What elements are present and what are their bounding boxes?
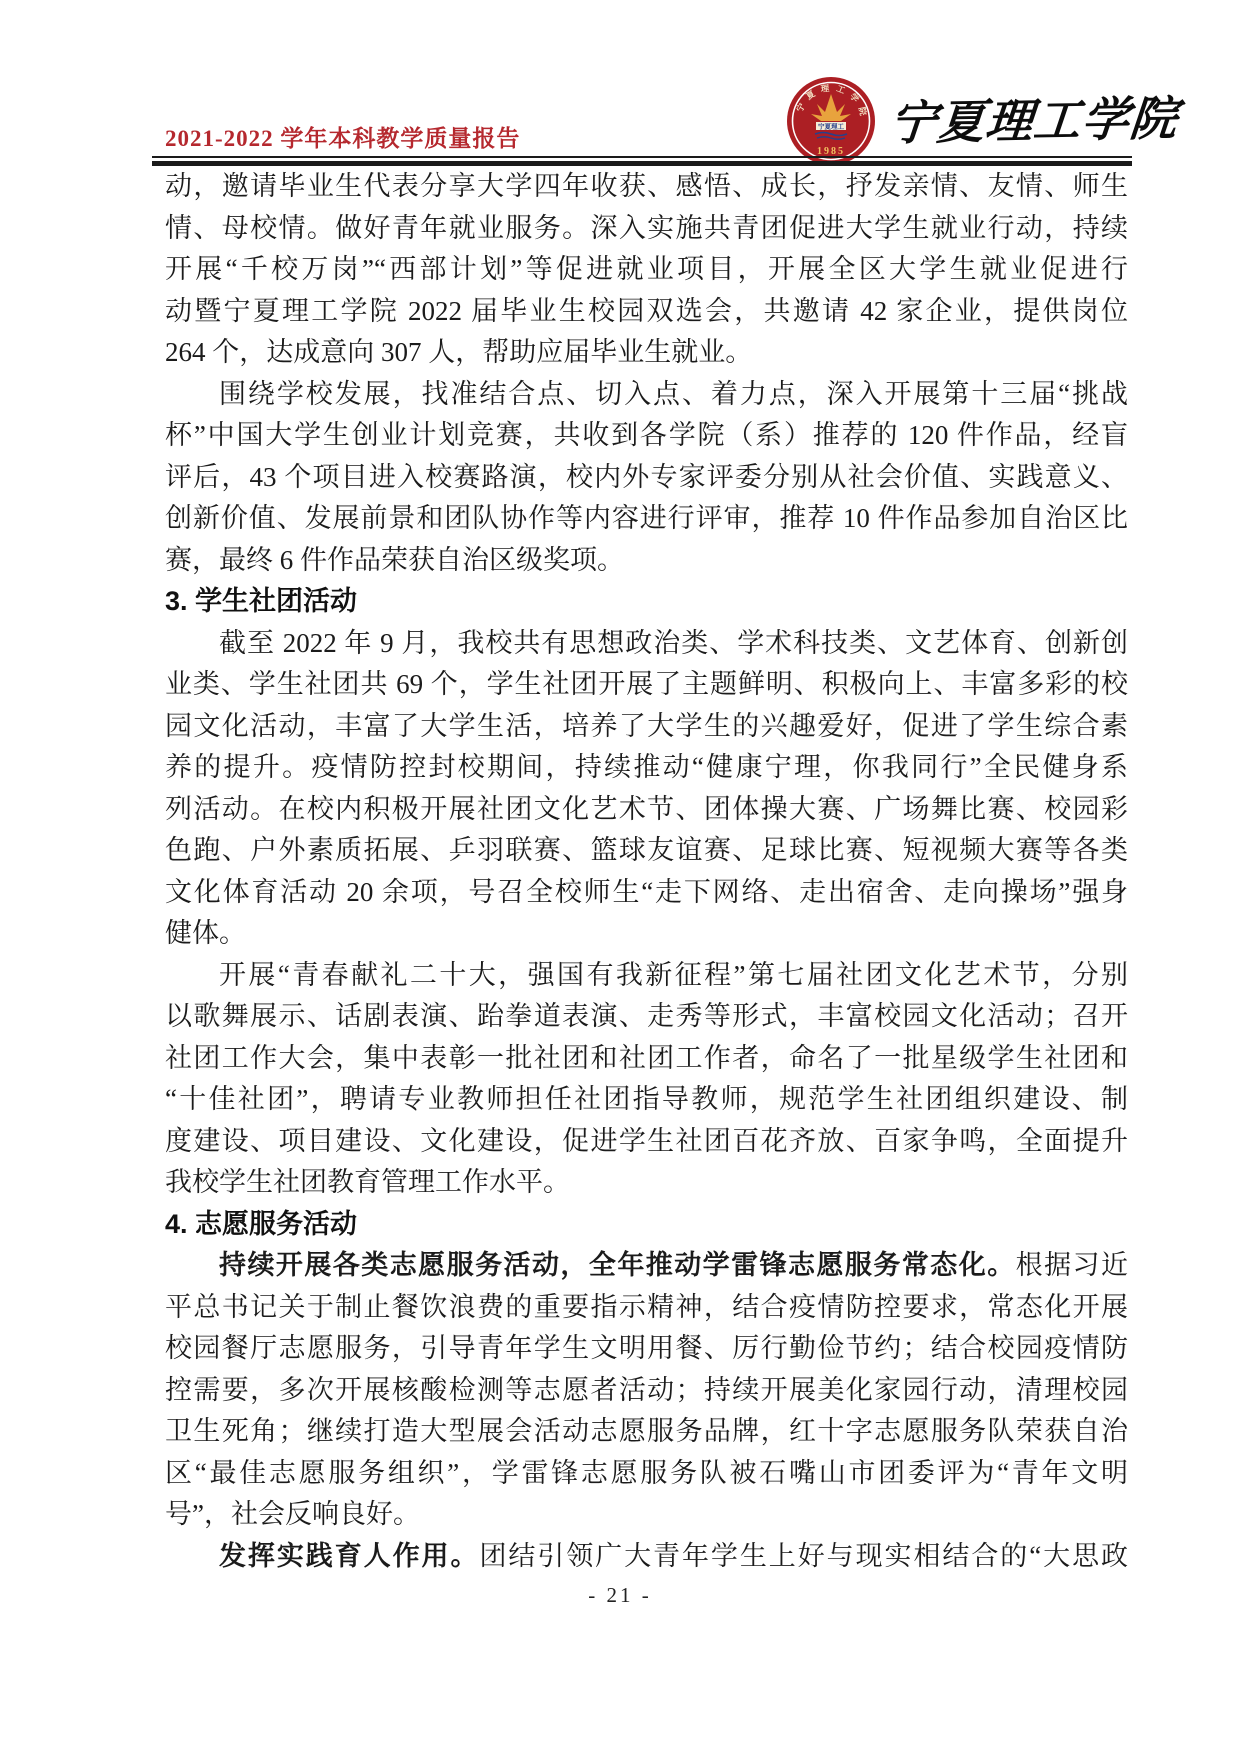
text-line: 养的提升。疫情防控封校期间，持续推动“健康宁理，你我同行”全民健身系 xyxy=(165,747,1128,789)
body-text: 动暨宁夏理工学院 2022 届毕业生校园双选会，共邀请 42 家企业，提供岗位 xyxy=(165,296,1128,326)
body-text: 业类、学生社团共 69 个，学生社团开展了主题鲜明、积极向上、丰富多彩的校 xyxy=(165,669,1128,699)
body-text: 杯”中国大学生创业计划竞赛，共收到各学院（系）推荐的 120 件作品，经盲 xyxy=(165,420,1128,450)
body-text: “十佳社团”，聘请专业教师担任社团指导教师，规范学生社团组织建设、制 xyxy=(165,1084,1128,1114)
page-header-title: 2021-2022 学年本科教学质量报告 xyxy=(165,120,520,153)
body-text: 养的提升。疫情防控封校期间，持续推动“健康宁理，你我同行”全民健身系 xyxy=(165,752,1128,782)
text-line: 号”，社会反响良好。 xyxy=(165,1494,1128,1536)
body-text: 264 个，达成意向 307 人，帮助应届毕业生就业。 xyxy=(165,337,752,367)
report-page: 2021-2022 学年本科教学质量报告 宁夏理工学院 宁夏理工 1985 宁夏… xyxy=(0,0,1240,1753)
text-line: 围绕学校发展，找准结合点、切入点、着力点，深入开展第十三届“挑战 xyxy=(165,374,1128,416)
text-line: 业类、学生社团共 69 个，学生社团开展了主题鲜明、积极向上、丰富多彩的校 xyxy=(165,664,1128,706)
text-line: 平总书记关于制止餐饮浪费的重要指示精神，结合疫情防控要求，常态化开展 xyxy=(165,1287,1128,1329)
body-text: 开展“千校万岗”“西部计划”等促进就业项目，开展全区大学生就业促进行 xyxy=(165,254,1128,284)
body-text: 根据习近 xyxy=(1016,1250,1128,1280)
body-text: 截至 2022 年 9 月，我校共有思想政治类、学术科技类、文艺体育、创新创 xyxy=(219,628,1128,658)
text-line: 动暨宁夏理工学院 2022 届毕业生校园双选会，共邀请 42 家企业，提供岗位 xyxy=(165,291,1128,333)
page-number: - 21 - xyxy=(0,1583,1240,1608)
body-text: 围绕学校发展，找准结合点、切入点、着力点，深入开展第十三届“挑战 xyxy=(219,379,1128,409)
text-line: 发挥实践育人作用。团结引领广大青年学生上好与现实相结合的“大思政 xyxy=(165,1536,1128,1578)
text-line: 度建设、项目建设、文化建设，促进学生社团百花齐放、百家争鸣，全面提升 xyxy=(165,1121,1128,1163)
body-text: 园文化活动，丰富了大学生活，培养了大学生的兴趣爱好，促进了学生综合素 xyxy=(165,711,1128,741)
body-text: 色跑、户外素质拓展、乒羽联赛、篮球友谊赛、足球比赛、短视频大赛等各类 xyxy=(165,835,1128,865)
text-line: 264 个，达成意向 307 人，帮助应届毕业生就业。 xyxy=(165,332,1128,374)
emphasis-text: 发挥实践育人作用。 xyxy=(219,1541,479,1571)
body-text: 我校学生社团教育管理工作水平。 xyxy=(165,1167,570,1197)
text-line: 区“最佳志愿服务组织”，学雷锋志愿服务队被石嘴山市团委评为“青年文明 xyxy=(165,1453,1128,1495)
text-line: 健体。 xyxy=(165,913,1128,955)
body-text: 区“最佳志愿服务组织”，学雷锋志愿服务队被石嘴山市团委评为“青年文明 xyxy=(165,1458,1128,1488)
text-line: 赛，最终 6 件作品荣获自治区级奖项。 xyxy=(165,540,1128,582)
text-line: 评后，43 个项目进入校赛路演，校内外专家评委分别从社会价值、实践意义、 xyxy=(165,457,1128,499)
text-line: 文化体育活动 20 余项，号召全校师生“走下网络、走出宿舍、走向操场”强身 xyxy=(165,872,1128,914)
text-line: 社团工作大会，集中表彰一批社团和社团工作者，命名了一批星级学生社团和 xyxy=(165,1038,1128,1080)
text-line: 杯”中国大学生创业计划竞赛，共收到各学院（系）推荐的 120 件作品，经盲 xyxy=(165,415,1128,457)
body-text: 情、母校情。做好青年就业服务。深入实施共青团促进大学生就业行动，持续 xyxy=(165,213,1128,243)
body-text: 社团工作大会，集中表彰一批社团和社团工作者，命名了一批星级学生社团和 xyxy=(165,1043,1128,1073)
university-seal-icon: 宁夏理工学院 宁夏理工 1985 xyxy=(785,76,877,166)
body-text: 度建设、项目建设、文化建设，促进学生社团百花齐放、百家争鸣，全面提升 xyxy=(165,1126,1128,1156)
body-text: 以歌舞展示、话剧表演、跆拳道表演、走秀等形式，丰富校园文化活动；召开 xyxy=(165,1001,1128,1031)
text-line: “十佳社团”，聘请专业教师担任社团指导教师，规范学生社团组织建设、制 xyxy=(165,1079,1128,1121)
body-text: 平总书记关于制止餐饮浪费的重要指示精神，结合疫情防控要求，常态化开展 xyxy=(165,1292,1128,1322)
body-text: 卫生死角；继续打造大型展会活动志愿服务品牌，红十字志愿服务队荣获自治 xyxy=(165,1416,1128,1446)
body-text: 创新价值、发展前景和团队协作等内容进行评审，推荐 10 件作品参加自治区比 xyxy=(165,503,1128,533)
body-text: 控需要，多次开展核酸检测等志愿者活动；持续开展美化家园行动，清理校园 xyxy=(165,1375,1128,1405)
body-text: 号”，社会反响良好。 xyxy=(165,1499,420,1529)
seal-band-text: 宁夏理工 xyxy=(818,122,845,131)
text-line: 持续开展各类志愿服务活动，全年推动学雷锋志愿服务常态化。根据习近 xyxy=(165,1245,1128,1287)
body-text: 校园餐厅志愿服务，引导青年学生文明用餐、厉行勤俭节约；结合校园疫情防 xyxy=(165,1333,1128,1363)
text-line: 我校学生社团教育管理工作水平。 xyxy=(165,1162,1128,1204)
emphasis-text: 持续开展各类志愿服务活动，全年推动学雷锋志愿服务常态化。 xyxy=(219,1250,1016,1280)
text-line: 截至 2022 年 9 月，我校共有思想政治类、学术科技类、文艺体育、创新创 xyxy=(165,623,1128,665)
body-text: 动，邀请毕业生代表分享大学四年收获、感悟、成长，抒发亲情、友情、师生 xyxy=(165,171,1128,201)
text-line: 校园餐厅志愿服务，引导青年学生文明用餐、厉行勤俭节约；结合校园疫情防 xyxy=(165,1328,1128,1370)
body-text: 评后，43 个项目进入校赛路演，校内外专家评委分别从社会价值、实践意义、 xyxy=(165,462,1128,492)
text-line: 园文化活动，丰富了大学生活，培养了大学生的兴趣爱好，促进了学生综合素 xyxy=(165,706,1128,748)
body-text: 健体。 xyxy=(165,918,246,948)
section-heading: 4. 志愿服务活动 xyxy=(165,1204,1128,1246)
header-rule-thin xyxy=(152,156,1132,158)
document-body: 动，邀请毕业生代表分享大学四年收获、感悟、成长，抒发亲情、友情、师生情、母校情。… xyxy=(165,166,1128,1577)
section-heading: 3. 学生社团活动 xyxy=(165,581,1128,623)
body-text: 赛，最终 6 件作品荣获自治区级奖项。 xyxy=(165,545,624,575)
body-text: 团结引领广大青年学生上好与现实相结合的“大思政 xyxy=(479,1541,1128,1571)
text-line: 动，邀请毕业生代表分享大学四年收获、感悟、成长，抒发亲情、友情、师生 xyxy=(165,166,1128,208)
text-line: 列活动。在校内积极开展社团文化艺术节、团体操大赛、广场舞比赛、校园彩 xyxy=(165,789,1128,831)
text-line: 控需要，多次开展核酸检测等志愿者活动；持续开展美化家园行动，清理校园 xyxy=(165,1370,1128,1412)
body-text: 列活动。在校内积极开展社团文化艺术节、团体操大赛、广场舞比赛、校园彩 xyxy=(165,794,1128,824)
text-line: 开展“千校万岗”“西部计划”等促进就业项目，开展全区大学生就业促进行 xyxy=(165,249,1128,291)
school-name-calligraphy: 宁夏理工学院 xyxy=(887,81,1181,153)
text-line: 创新价值、发展前景和团队协作等内容进行评审，推荐 10 件作品参加自治区比 xyxy=(165,498,1128,540)
text-line: 以歌舞展示、话剧表演、跆拳道表演、走秀等形式，丰富校园文化活动；召开 xyxy=(165,996,1128,1038)
text-line: 色跑、户外素质拓展、乒羽联赛、篮球友谊赛、足球比赛、短视频大赛等各类 xyxy=(165,830,1128,872)
text-line: 卫生死角；继续打造大型展会活动志愿服务品牌，红十字志愿服务队荣获自治 xyxy=(165,1411,1128,1453)
body-text: 文化体育活动 20 余项，号召全校师生“走下网络、走出宿舍、走向操场”强身 xyxy=(165,877,1128,907)
text-line: 开展“青春献礼二十大，强国有我新征程”第七届社团文化艺术节，分别 xyxy=(165,955,1128,997)
body-text: 开展“青春献礼二十大，强国有我新征程”第七届社团文化艺术节，分别 xyxy=(219,960,1128,990)
text-line: 情、母校情。做好青年就业服务。深入实施共青团促进大学生就业行动，持续 xyxy=(165,208,1128,250)
